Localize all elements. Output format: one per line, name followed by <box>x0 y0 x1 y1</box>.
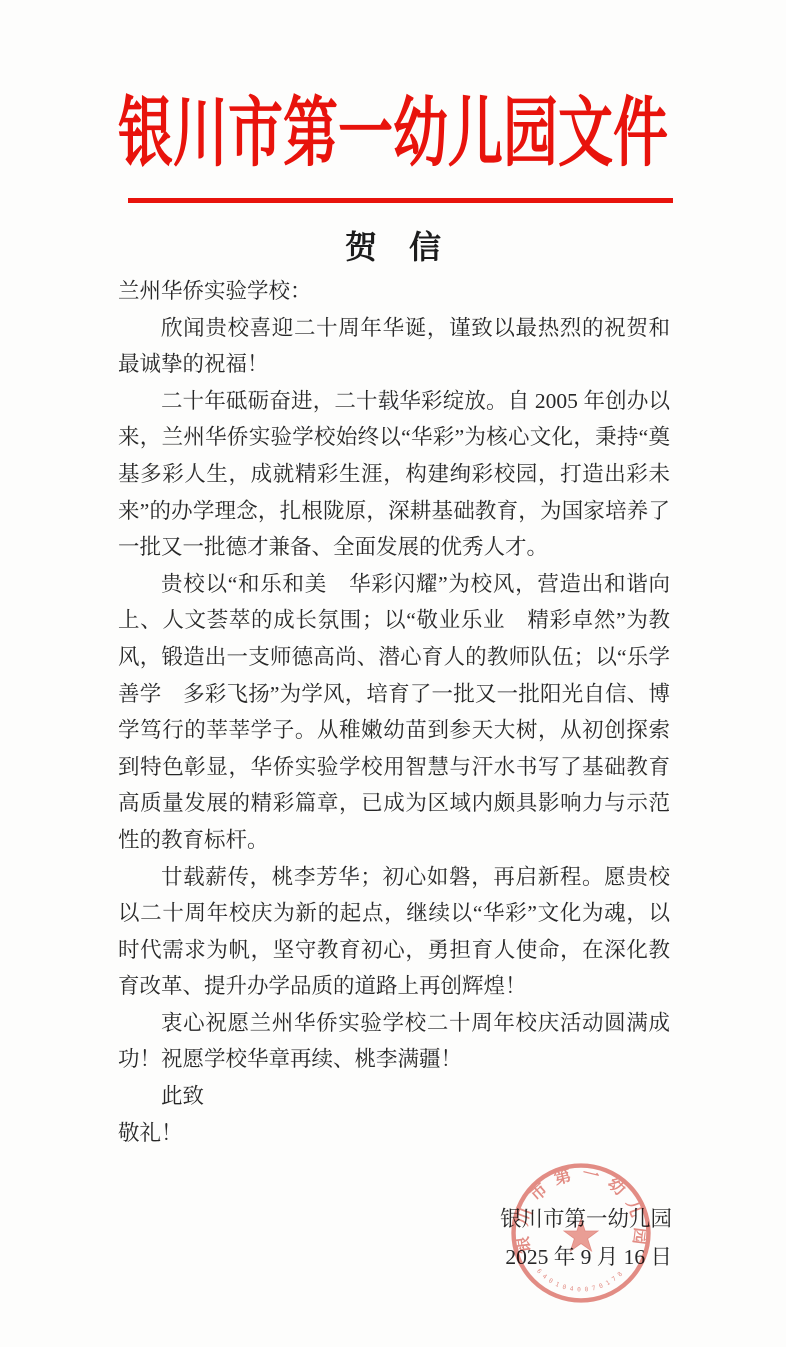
red-separator-line <box>128 198 673 203</box>
letterhead-title: 银川市第一幼儿园文件 <box>8 83 778 185</box>
body-paragraph: 廿载薪传，桃李芳华；初心如磐，再启新程。愿贵校以二十周年校庆为新的起点，继续以“… <box>118 859 670 1005</box>
closing-cizhi: 此致 <box>118 1078 670 1115</box>
svg-text:6401040070178: 6401040070178 <box>535 1268 627 1294</box>
body-paragraph: 欣闻贵校喜迎二十周年华诞，谨致以最热烈的祝贺和最诚挚的祝福！ <box>118 310 670 383</box>
official-seal: 银川市第一幼儿园 6401040070178 <box>510 1160 652 1306</box>
closing-jingli: 敬礼！ <box>118 1115 670 1152</box>
body-paragraph: 二十年砥砺奋进，二十载华彩绽放。自 2005 年创办以来，兰州华侨实验学校始终以… <box>118 383 670 566</box>
seal-code: 6401040070178 <box>535 1268 627 1294</box>
body-paragraph: 贵校以“和乐和美 华彩闪耀”为校风，营造出和谐向上、人文荟萃的成长氛围；以“敬业… <box>118 566 670 859</box>
document-page: 银川市第一幼儿园文件 贺 信 兰州华侨实验学校： 欣闻贵校喜迎二十周年华诞，谨致… <box>0 0 786 1347</box>
letter-title: 贺 信 <box>0 222 786 268</box>
letter-body: 兰州华侨实验学校： 欣闻贵校喜迎二十周年华诞，谨致以最热烈的祝贺和最诚挚的祝福！… <box>118 273 670 1151</box>
body-paragraph: 衷心祝愿兰州华侨实验学校二十周年校庆活动圆满成功！祝愿学校华章再续、桃李满疆！ <box>118 1005 670 1078</box>
seal-star-icon <box>564 1219 598 1251</box>
salutation: 兰州华侨实验学校： <box>118 273 670 310</box>
